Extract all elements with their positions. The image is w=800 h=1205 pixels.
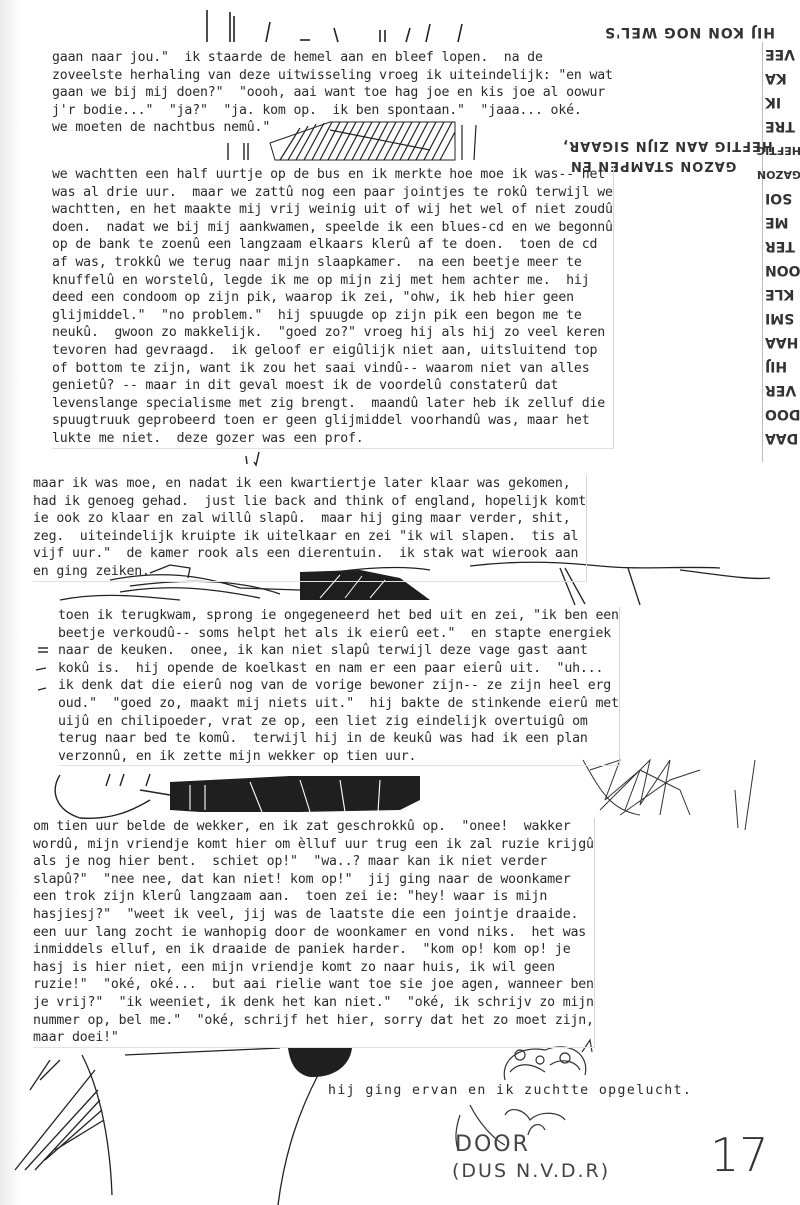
- paragraph-5: om tien uur belde de wekker, en ik zat g…: [33, 818, 595, 1048]
- right-margin-strip: VEE KA IK TRE HEFTIG GAZON SOI ME TER OO…: [762, 42, 800, 462]
- text-line: hasj is hier niet, een mijn vriendje kom…: [33, 959, 594, 977]
- text-line: of bottom te zijn, want ik zou het saai …: [52, 360, 613, 378]
- text-line: inmiddels elluf, en ik draaide de paniek…: [33, 941, 594, 959]
- text-line: wachtten, en het maakte mij vrij weinig …: [52, 201, 613, 219]
- strip-fragment: TER: [763, 234, 800, 258]
- dark-blot: [288, 1048, 352, 1077]
- strip-fragment: VEE: [763, 42, 800, 66]
- paragraph-3: maar ik was moe, en nadat ik een kwartie…: [33, 475, 587, 582]
- strip-fragment: HIJ: [763, 354, 800, 378]
- text-line: hij ging ervan en ik zuchtte opgelucht.: [328, 1082, 692, 1100]
- text-line: vijf uur." de kamer rook als een dierent…: [33, 545, 586, 563]
- strip-fragment: OON: [763, 258, 800, 282]
- margin-note-top-right: HIJ KON NOG WEL'S: [604, 24, 775, 40]
- text-line: zeg. uiteindelijk kruipte ik uitelkaar e…: [33, 528, 586, 546]
- closing-line: hij ging ervan en ik zuchtte opgelucht.: [328, 1082, 692, 1100]
- text-line: beetje verkoudû-- soms helpt het als ik …: [58, 625, 619, 643]
- paragraph-2: we wachtten een half uurtje op de bus en…: [52, 166, 614, 449]
- text-line: j'r bodie..." "ja?" "ja. kom op. ik ben …: [52, 102, 613, 120]
- paragraph-1: gaan naar jou." ik staarde de hemel aan …: [52, 49, 613, 137]
- text-line: deed een condoom op zijn pik, waarop ik …: [52, 289, 613, 307]
- text-line: genietû? -- maar in dit geval moest ik d…: [52, 377, 613, 395]
- text-line: ik denk dat die eierû nog van de vorige …: [58, 677, 619, 695]
- page-number: 17: [710, 1128, 769, 1182]
- paragraph-4: toen ik terugkwam, sprong ie ongegeneerd…: [58, 607, 620, 766]
- strip-fragment: IK: [763, 90, 800, 114]
- text-line: een trok zijn klerû langzaam aan. toen z…: [33, 888, 594, 906]
- text-line: slapû?" "nee nee, dat kan niet! kom op!"…: [33, 871, 594, 889]
- text-line: om tien uur belde de wekker, en ik zat g…: [33, 818, 594, 836]
- text-line: tevoren had gevraagd. ik geloof er eigûl…: [52, 342, 613, 360]
- text-line: spuugtruuk geprobeerd toen er geen glijm…: [52, 412, 613, 430]
- text-line: knuffelû en worstelû, legde ik me op mij…: [52, 272, 613, 290]
- text-line: zoveelste herhaling van deze uitwisselin…: [52, 67, 613, 85]
- text-line: maar ik was moe, en nadat ik een kwartie…: [33, 475, 586, 493]
- text-line: gaan we bij mij doen?" "oooh, aai want t…: [52, 84, 613, 102]
- text-line: maar doei!": [33, 1029, 594, 1047]
- text-line: wordû, mijn vriendje komt hier om èlluf …: [33, 836, 594, 854]
- text-line: doen. nadat we bij mij aankwamen, speeld…: [52, 219, 613, 237]
- signature-note: (DUS N.V.D.R): [452, 1160, 610, 1182]
- text-line: ie ook zo klaar en zal willû slapû. maar…: [33, 510, 586, 528]
- margin-note-mid-right-1: HEFTIG AAN ZIJN SIGAAR,: [562, 138, 773, 153]
- text-line: levenslange specialisme met zig brengt. …: [52, 395, 613, 413]
- text-line: we moeten de nachtbus nemû.": [52, 119, 613, 137]
- text-line: je vrij?" "ik weeniet, ik denk het kan n…: [33, 994, 594, 1012]
- fists-dark-band: [170, 776, 420, 812]
- text-line: ruzie!" "oké, oké... but aai rielie want…: [33, 976, 594, 994]
- text-line: lukte me niet. deze gozer was een prof.: [52, 430, 613, 448]
- text-line: uijû en chilipoeder, vrat ze op, een lie…: [58, 713, 619, 731]
- strip-fragment: VER: [763, 378, 800, 402]
- text-line: glijmiddel." "no problem." hij spuugde o…: [52, 307, 613, 325]
- strip-fragment: HAA: [763, 330, 800, 354]
- text-line: nummer op, bel me." "oké, schrijf het hi…: [33, 1012, 594, 1030]
- strip-fragment: ME: [763, 210, 800, 234]
- text-line: en ging zeiken.: [33, 563, 586, 581]
- text-line: neukû. gwoon zo makkelijk. "goed zo?" vr…: [52, 324, 613, 342]
- strip-fragment: HEFTIG: [763, 138, 800, 162]
- signature-author: DOOR: [455, 1132, 530, 1157]
- text-line: had ik genoeg gehad. just lie back and t…: [33, 493, 586, 511]
- text-line: oud." "goed zo, maakt mij niets uit." hi…: [58, 695, 619, 713]
- top-hatch-marks: [207, 10, 462, 42]
- text-line: een uur lang zocht ie wanhopig door de w…: [33, 924, 594, 942]
- scribble-sketch: [583, 760, 755, 830]
- text-line: als je nog hier bent. schiet op!" "wa..?…: [33, 853, 594, 871]
- text-line: af was, trokkû we terug naar mijn slaapk…: [52, 254, 613, 272]
- text-line: hasjiesj?" "weet ik veel, jij was de laa…: [33, 906, 594, 924]
- strip-fragment: DOO: [763, 402, 800, 426]
- text-line: was al drie uur. maar we zattû nog een p…: [52, 184, 613, 202]
- strip-fragment: GAZON: [763, 162, 800, 186]
- strip-fragment: TRE: [763, 114, 800, 138]
- hatch-block-1: [228, 143, 248, 160]
- bottom-sketch: [15, 1048, 318, 1205]
- text-line: terug naar bed te komû. terwijl hij in d…: [58, 730, 619, 748]
- text-line: kokû is. hij opende de koelkast en nam e…: [58, 660, 619, 678]
- text-line: gaan naar jou." ik staarde de hemel aan …: [52, 49, 613, 67]
- strip-fragment: DAA: [763, 426, 800, 450]
- strip-fragment: SMI: [763, 306, 800, 330]
- text-line: toen ik terugkwam, sprong ie ongegeneerd…: [58, 607, 619, 625]
- text-line: op de bank te zoenû een langzaam elkaars…: [52, 236, 613, 254]
- strip-fragment: KA: [763, 66, 800, 90]
- strip-fragment: SOI: [763, 186, 800, 210]
- text-line: naar de keuken. onee, ik kan niet slapû …: [58, 642, 619, 660]
- text-line: verzonnû, en ik zette mijn wekker op tie…: [58, 748, 619, 766]
- text-line: we wachtten een half uurtje op de bus en…: [52, 166, 613, 184]
- strip-fragment: KLE: [763, 282, 800, 306]
